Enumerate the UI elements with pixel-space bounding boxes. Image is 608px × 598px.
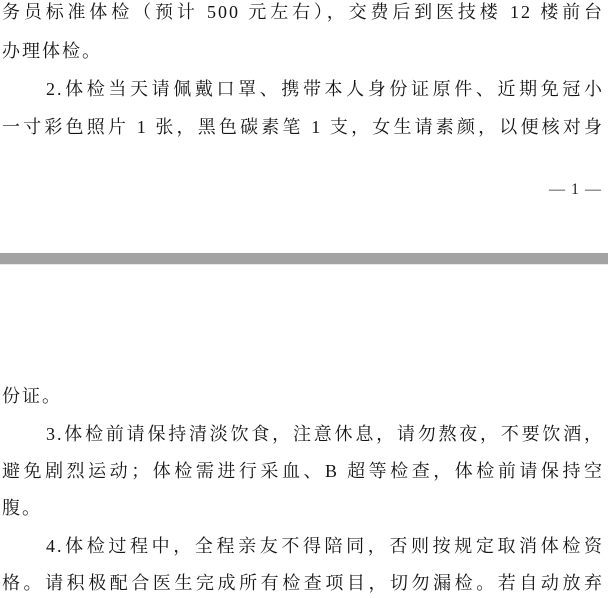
text-line: 避免剧烈运动；体检需进行采血、B 超等检查，体检前请保持空 (2, 459, 604, 483)
text-line: 务员标准体检（预计 500 元左右），交费后到医技楼 12 楼前台 (2, 0, 604, 24)
text-line: 办理体检。 (2, 39, 604, 63)
text-line: 2.体检当天请佩戴口罩、携带本人身份证原件、近期免冠小 (2, 77, 604, 101)
text-line: 4.体检过程中，全程亲友不得陪同，否则按规定取消体检资 (2, 534, 604, 558)
text-line: 腹。 (2, 496, 604, 520)
page-number: — 1 — (549, 180, 602, 200)
text-line: 一寸彩色照片 1 张，黑色碳素笔 1 支，女生请素颜，以便核对身 (2, 115, 604, 139)
text-line: 格。请积极配合医生完成所有检查项目，切勿漏检。若自动放弃 (2, 571, 604, 595)
text-line: 3.体检前请保持清淡饮食，注意休息，请勿熬夜，不要饮酒， (2, 422, 604, 446)
document-page-view: 务员标准体检（预计 500 元左右），交费后到医技楼 12 楼前台 办理体检。 … (0, 0, 608, 598)
text-line: 份证。 (2, 384, 604, 408)
